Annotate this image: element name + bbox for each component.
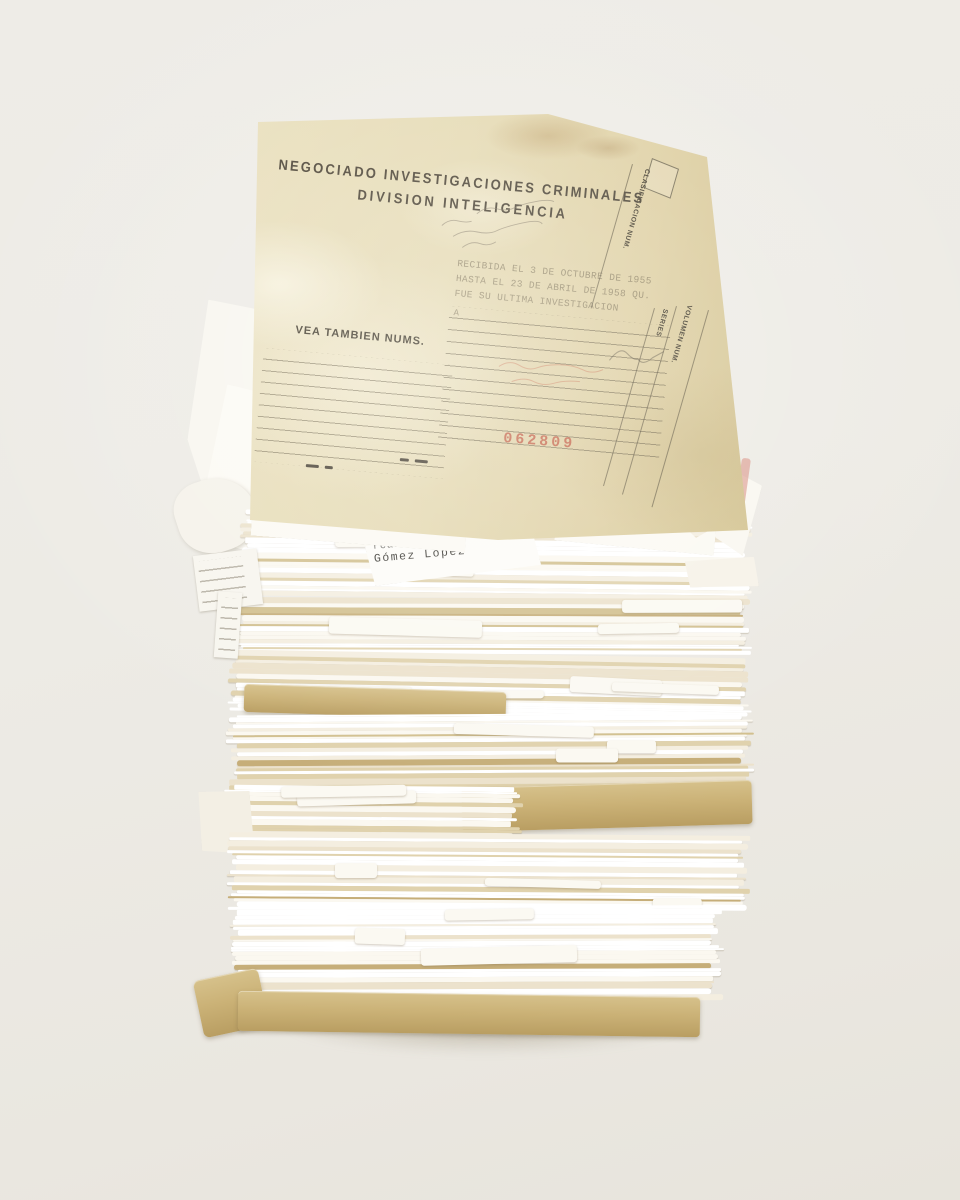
torn-paper-tab — [598, 623, 679, 634]
torn-paper-tab — [335, 863, 377, 878]
torn-paper-tab — [355, 928, 405, 946]
paper-bundle — [232, 597, 752, 657]
top-folder-cover: NEGOCIADO INVESTIGACIONES CRIMINALES DIV… — [248, 112, 768, 542]
torn-paper-tab — [622, 599, 742, 612]
handwritten-fragment-slip — [214, 591, 243, 659]
volume-number-label: VOLUMEN NUM. — [669, 304, 693, 366]
torn-paper-tab — [445, 908, 534, 921]
photo-scene: rcado For Gómez López NEGOCIADO INVESTIG… — [0, 0, 960, 1200]
classification-box — [643, 158, 679, 199]
kraft-folder-bottom — [238, 991, 701, 1037]
see-also-label: VEA TAMBIEN NUMS. — [295, 324, 426, 348]
paper-bundle — [228, 905, 724, 1001]
paper-bundle — [226, 832, 751, 910]
torn-paper-tab — [556, 748, 618, 762]
torn-paper-tab — [281, 785, 406, 798]
paper-bundle — [226, 713, 754, 792]
paper-bundle — [224, 785, 524, 840]
